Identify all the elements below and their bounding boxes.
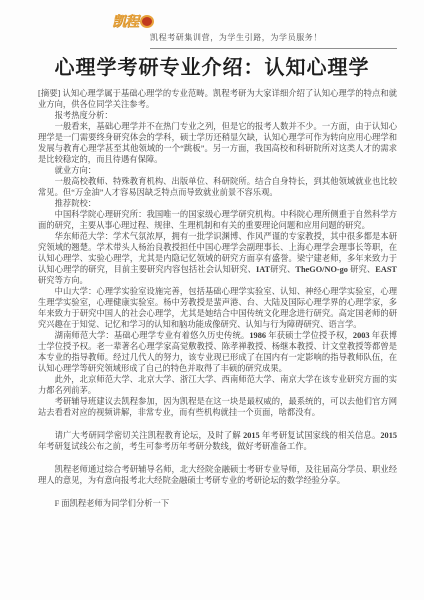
section-heading-popularity: 报考热度分析：	[38, 110, 397, 121]
paragraph-kaicheng-teachers: 凯程老师通过综合考研辅导名师，北大经院金融硕士考研专业导师，及往届高分学员、职业…	[38, 464, 397, 486]
paragraph-popularity-analysis: 一般看来，基础心理学并不在热门专业之列，但是它的报考人数并不少。一方面，由于认知…	[38, 121, 397, 165]
logo-wordmark: 凯程	[112, 11, 138, 31]
document-header: 凯程 凯程考研集训营，为学生引路，为学员服务！	[0, 0, 424, 46]
page-title: 心理学考研专业介绍：认知心理学	[0, 55, 424, 81]
logo-red-dot-icon	[140, 15, 154, 28]
header-tagline: 凯程考研集训营，为学生引路，为学员服务！	[150, 33, 322, 42]
section-heading-recommended-schools: 推荐院校：	[38, 198, 397, 209]
paragraph-employment: 一般高校教师、特殊教育机构、出版单位、科研院所。结合自身特长，到其他领域就业也比…	[38, 176, 397, 198]
paragraph-kaicheng-recommendation: 考研辅导班建议去凯程参加，因为凯程是在这一块是最权威的，最系统的，可以去他们官方…	[38, 396, 397, 418]
paragraph-ecnu: 华东师范大学：学术气氛浓厚，拥有一批学识渊博、作风严谨的专家教授，其中很多都是本…	[38, 231, 397, 286]
paragraph-other-schools: 此外，北京师范大学、北京大学、浙江大学、西南师范大学、南京大学在该专业研究方面的…	[38, 374, 397, 396]
paragraph-abstract: [摘要] 认知心理学属于基础心理学的专业范畴。凯程考研为大家详细介绍了认知心理学…	[38, 88, 397, 110]
paragraph-sysu: 中山大学：心理学实验室设施完善，包括基础心理学实验室、认知、神经心理学实验室，心…	[38, 286, 397, 330]
paragraph-2015-notice: 请广大考研同学密切关注凯程教育论坛，及时了解 2015 年考研复试国家线的相关信…	[38, 430, 397, 452]
paragraph-cas-institute: 中国科学院心理研究所：我国唯一的国家级心理学研究机构。中科院心理所侧重于自然科学…	[38, 209, 397, 231]
header-divider: 凯程考研集训营，为学生引路，为学员服务！	[150, 27, 397, 49]
kaicheng-logo: 凯程	[112, 11, 154, 31]
paragraph-hunnu: 湖南师范大学：基础心理学专业有着悠久历史传统。1986 年获硕士学位授予权，20…	[38, 330, 397, 374]
paragraph-closing: F 面凯程老师为同学们分析一下	[38, 498, 397, 509]
section-heading-employment: 就业方向：	[38, 165, 397, 176]
document-body: [摘要] 认知心理学属于基础心理学的专业范畴。凯程考研为大家详细介绍了认知心理学…	[38, 88, 397, 509]
document-page: 凯程 凯程考研集训营，为学生引路，为学员服务！ 心理学考研专业介绍：认知心理学 …	[0, 0, 424, 600]
